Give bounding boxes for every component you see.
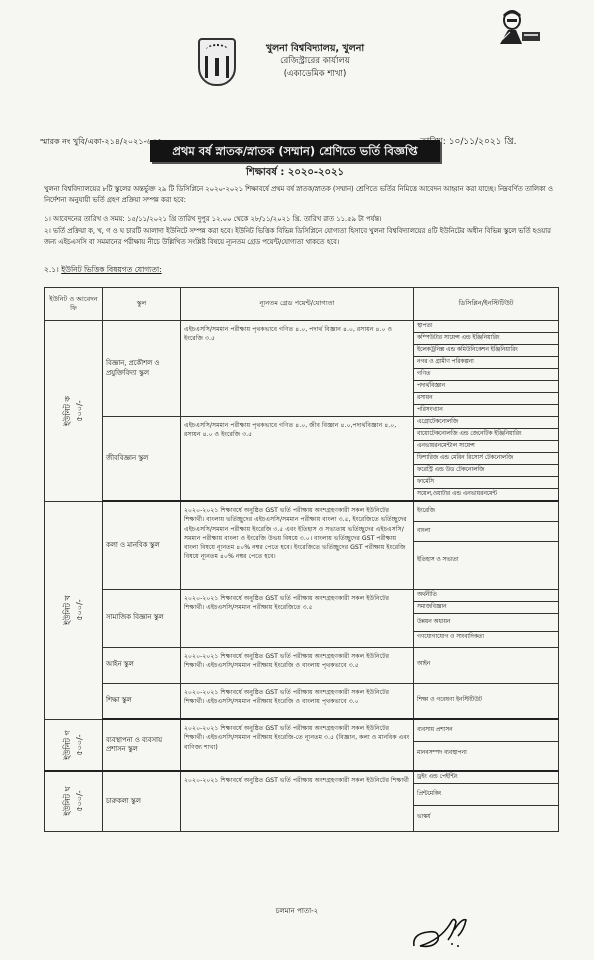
discipline: আইন — [414, 647, 559, 683]
discipline: উন্নয়ন অধ্যয়ন — [414, 614, 558, 632]
discipline: রসায়ন — [414, 393, 558, 405]
table-row: ইউনিট খ৫০০/- কলা ও মানবিক স্কুল ২০২০-২০২… — [45, 501, 559, 589]
unit-gha-cell: ইউনিট ঘ৫০০/- — [45, 771, 103, 831]
discipline: গণযোগাযোগ ও সাংবাদিকতা — [414, 632, 558, 643]
discipline: মানবসম্পদ ব্যবস্থাপনা — [414, 742, 558, 765]
school-name: ব্যবস্থাপনা ও ব্যবসায় প্রশাসন স্কুল — [103, 719, 181, 771]
discipline: নগর ও গ্রামীণ পরিকল্পনা — [414, 357, 558, 369]
discipline: ইলেকট্রনিক্স এন্ড কমিউনিকেশন ইঞ্জিনিয়ার… — [414, 345, 558, 357]
header-discipline: ডিসিপ্লিন/ইনস্টিটিউট — [414, 288, 559, 321]
school-name: সামাজিক বিজ্ঞান স্কুল — [103, 589, 181, 647]
session: শিক্ষাবর্ষ : ২০২০-২০২১ — [150, 165, 440, 182]
discipline-list: ইংরেজি বাংলা ইতিহাস ও সভ্যতা — [414, 501, 559, 589]
discipline: পদার্থবিজ্ঞান — [414, 381, 558, 393]
table-row: আইন স্কুল ২০২০-২০২১ শিক্ষাবর্ষে অনুষ্ঠিত… — [45, 647, 559, 683]
requirement: এইচএসসি/সমমান পরীক্ষায় পৃথকভাবে গণিত ৪.… — [181, 321, 414, 417]
unit-kha-cell: ইউনিট খ৫০০/- — [45, 501, 103, 719]
unit-fee: ৫০০/- — [74, 787, 86, 816]
university-crest-icon — [198, 38, 236, 86]
requirement: ২০২০-২০২১ শিক্ষাবর্ষে অনুষ্ঠিত GST ভর্তি… — [181, 771, 414, 831]
office-name: রেজিস্ট্রারের কার্যালয় — [240, 55, 390, 68]
requirement: এইচএসসি/সমমান পরীক্ষায় পৃথকভাবে গণিত ৪.… — [181, 417, 414, 502]
header-requirement: ন্যূনতম গ্রেড পয়েন্ট/যোগ্যতা — [181, 288, 414, 321]
school-name: কলা ও মানবিক স্কুল — [103, 501, 181, 589]
university-name: খুলনা বিশ্ববিদ্যালয়, খুলনা — [240, 42, 390, 55]
table-row: জীববিজ্ঞান স্কুল এইচএসসি/সমমান পরীক্ষায়… — [45, 417, 559, 502]
discipline: ফার্মেসি — [414, 477, 558, 489]
table-row: সামাজিক বিজ্ঞান স্কুল ২০২০-২০২১ শিক্ষাবর… — [45, 589, 559, 647]
memo-number: স্মারক নং খুবি/একা-২১৪/২০২১-৬৩৫ — [40, 136, 162, 149]
branch-name: (একাডেমিক শাখা) — [240, 68, 390, 81]
unit-name: ইউনিট খ — [62, 595, 74, 625]
header-school: স্কুল — [103, 288, 181, 321]
section-title: ইউনিট ভিত্তিক বিষয়গত যোগ্যতা: — [61, 265, 161, 274]
requirement: ২০২০-২০২১ শিক্ষাবর্ষে অনুষ্ঠিত GST ভর্তি… — [181, 683, 414, 719]
requirement: ২০২০-২০২১ শিক্ষাবর্ষে অনুষ্ঠিত GST ভর্তি… — [181, 719, 414, 771]
school-name: বিজ্ঞান, প্রকৌশল ও প্রযুক্তিবিদ্যা স্কুল — [103, 321, 181, 417]
section-heading: ২.১। ইউনিট ভিত্তিক বিষয়গত যোগ্যতা: — [44, 265, 162, 277]
point-2: ২। ভর্তি প্রক্রিয়া ক, খ, গ ও ঘ চারটি আল… — [44, 226, 564, 248]
table-header-row: ইউনিট ও আবেদন ফি স্কুল ন্যূনতম গ্রেড পয়… — [45, 288, 559, 321]
requirement: ২০২০-২০২১ শিক্ষাবর্ষে অনুষ্ঠিত GST ভর্তি… — [181, 501, 414, 589]
unit-name: ইউনিট ঘ — [62, 787, 74, 816]
discipline: ভাস্কর্য — [414, 806, 558, 829]
discipline: ব্যবসায় প্রশাসন — [414, 720, 558, 742]
discipline: সয়েল,ওয়াটার এন্ড এনভায়রনমেন্ট — [414, 489, 558, 500]
unit-name: ইউনিট গ — [62, 730, 74, 760]
section-number: ২.১। — [44, 265, 59, 274]
discipline: ফরেস্ট্রি এন্ড উড টেকনোলজি — [414, 465, 558, 477]
table-row: ইউনিট ঘ৫০০/- চারুকলা স্কুল ২০২০-২০২১ শিক… — [45, 771, 559, 831]
discipline: স্থাপত্য — [414, 321, 558, 333]
discipline: শিক্ষা ও গবেষণা ইনস্টিটিউট — [414, 683, 559, 719]
table-row: শিক্ষা স্কুল ২০২০-২০২১ শিক্ষাবর্ষে অনুষ্… — [45, 683, 559, 719]
school-name: আইন স্কুল — [103, 647, 181, 683]
discipline-list: ব্যবসায় প্রশাসন মানবসম্পদ ব্যবস্থাপনা — [414, 719, 559, 771]
table-row: ইউনিট ক৫০০/- বিজ্ঞান, প্রকৌশল ও প্রযুক্ত… — [45, 321, 559, 417]
unit-fee: ৫০০/- — [74, 730, 86, 760]
unit-fee: ৫০০/- — [74, 595, 86, 625]
school-name: চারুকলা স্কুল — [103, 771, 181, 831]
discipline-list: ড্রইং এন্ড পেইন্টিং প্রিন্টমেকিং ভাস্কর্… — [414, 771, 559, 831]
discipline: এগ্রোটেকনোলজি — [414, 417, 558, 429]
unit-name: ইউনিট ক — [62, 396, 74, 426]
discipline: ইতিহাস ও সভ্যতা — [414, 542, 558, 579]
discipline: এনভায়রনমেন্টাল সায়েন্স — [414, 441, 558, 453]
unit-ga-cell: ইউনিট গ৫০০/- — [45, 719, 103, 771]
point-1: ১। আবেদনের তারিখ ও সময়: ১৫/১১/২০২১ খ্রি… — [44, 214, 564, 225]
discipline-list: অর্থনীতি সমাজবিজ্ঞান উন্নয়ন অধ্যয়ন গণয… — [414, 589, 559, 647]
eligibility-table: ইউনিট ও আবেদন ফি স্কুল ন্যূনতম গ্রেড পয়… — [44, 287, 559, 832]
signature-icon — [410, 910, 480, 950]
table-row: ইউনিট গ৫০০/- ব্যবস্থাপনা ও ব্যবসায় প্রশ… — [45, 719, 559, 771]
discipline: সমাজবিজ্ঞান — [414, 602, 558, 614]
school-name: জীববিজ্ঞান স্কুল — [103, 417, 181, 502]
letterhead: খুলনা বিশ্ববিদ্যালয়, খুলনা রেজিস্ট্রারে… — [240, 42, 390, 81]
discipline: ড্রইং এন্ড পেইন্টিং — [414, 772, 558, 784]
discipline: অর্থনীতি — [414, 590, 558, 602]
header-unit-fee: ইউনিট ও আবেদন ফি — [45, 288, 103, 321]
discipline-list: এগ্রোটেকনোলজি বায়োটেকনোলজি এন্ড জেনেটিক… — [414, 417, 559, 502]
continued-page-note: চলমান পাতা-২ — [0, 905, 594, 917]
requirement: ২০২০-২০২১ শিক্ষাবর্ষে অনুষ্ঠিত GST ভর্তি… — [181, 589, 414, 647]
discipline: ইংরেজি — [414, 502, 558, 522]
unit-fee: ৫০০/- — [74, 396, 86, 426]
discipline: গণিত — [414, 369, 558, 381]
portrait-mujib-icon — [494, 6, 554, 46]
discipline: প্রিন্টমেকিং — [414, 784, 558, 806]
discipline: বাংলা — [414, 522, 558, 542]
discipline: কম্পিউটার সায়েন্স এন্ড ইঞ্জিনিয়ারিং — [414, 333, 558, 345]
notice-title: প্রথম বর্ষ স্নাতক/স্নাতক (সম্মান) শ্রেণি… — [150, 140, 440, 162]
discipline: বায়োটেকনোলজি এন্ড জেনেটিক ইঞ্জিনিয়ারিং — [414, 429, 558, 441]
discipline: পরিসংখ্যান — [414, 405, 558, 416]
requirement: ২০২০-২০২১ শিক্ষাবর্ষে অনুষ্ঠিত GST ভর্তি… — [181, 647, 414, 683]
intro-paragraph: খুলনা বিশ্ববিদ্যালয়ের ৮টি স্কুলের অন্তর… — [44, 184, 564, 206]
school-name: শিক্ষা স্কুল — [103, 683, 181, 719]
unit-ka-cell: ইউনিট ক৫০০/- — [45, 321, 103, 502]
discipline: ফিশারিজ এন্ড মেরিন রিসোর্স টেকনোলজি — [414, 453, 558, 465]
discipline-list: স্থাপত্য কম্পিউটার সায়েন্স এন্ড ইঞ্জিনি… — [414, 321, 559, 417]
